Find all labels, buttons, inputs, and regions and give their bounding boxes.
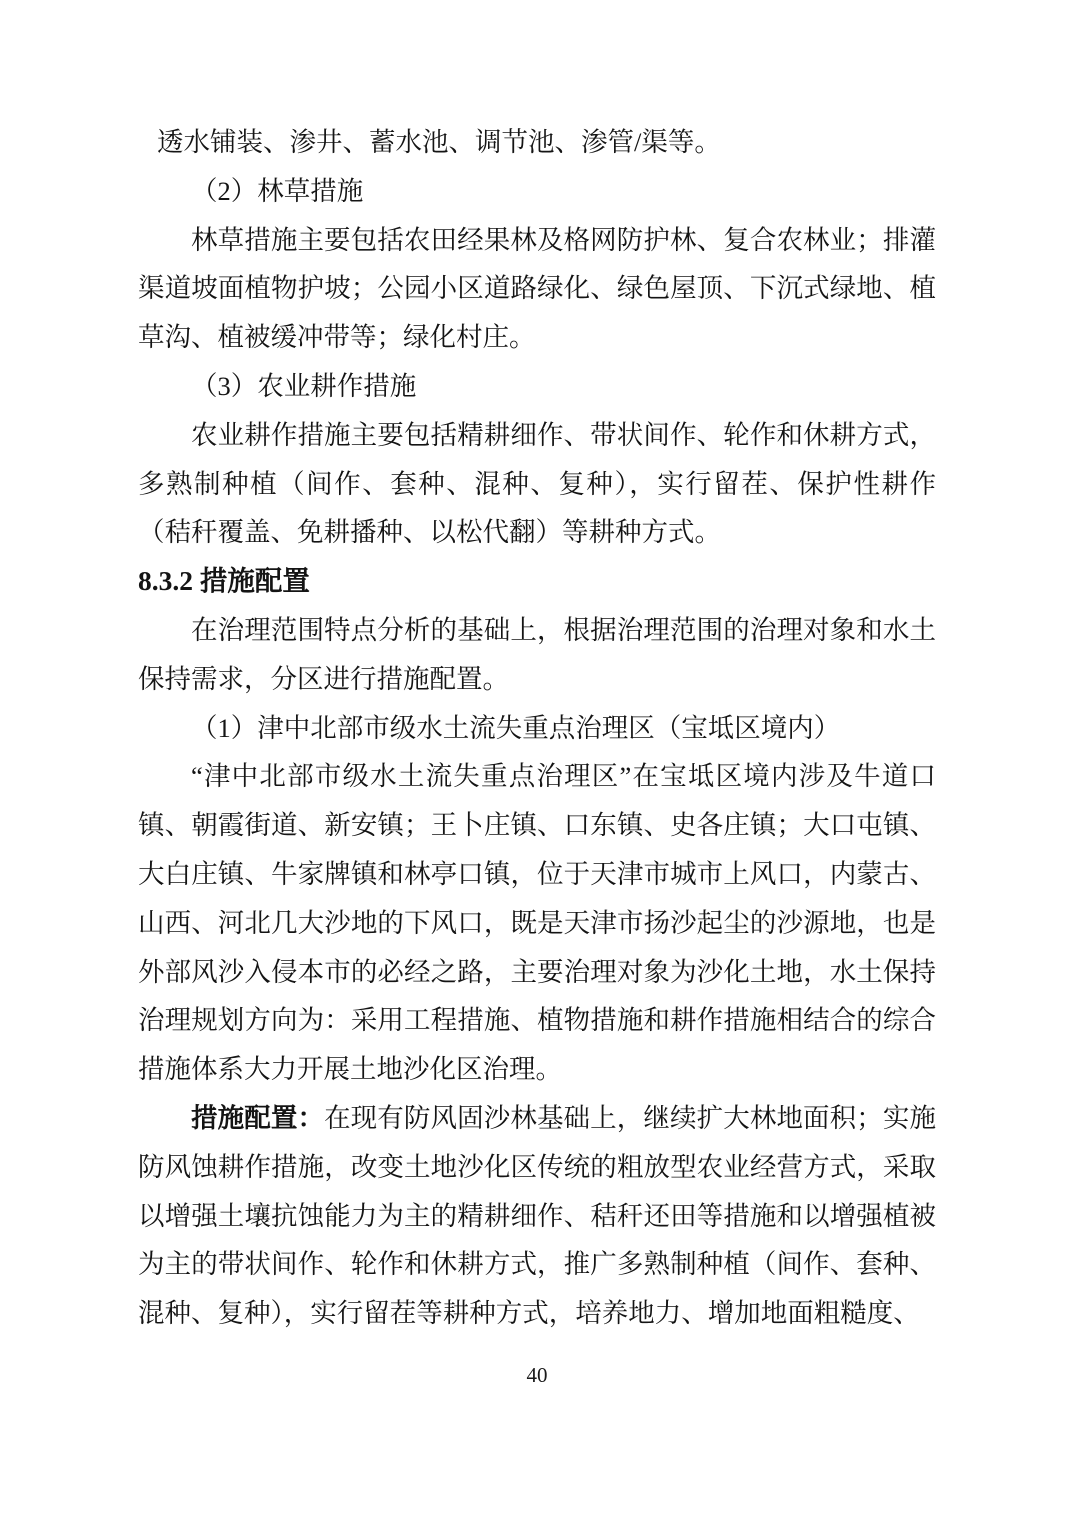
text-run: 透水铺装、渗井、蓄水池、调节池、渗管/渠等。 [157,127,721,157]
paragraph: （3）农业耕作措施 [138,362,936,411]
paragraph: 在治理范围特点分析的基础上，根据治理范围的治理对象和水土保持需求，分区进行措施配… [138,606,936,704]
paragraph: 农业耕作措施主要包括精耕细作、带状间作、轮作和休耕方式，多熟制种植（间作、套种、… [138,411,936,557]
text-run: （2）林草措施 [191,176,363,206]
document-body: 透水铺装、渗井、蓄水池、调节池、渗管/渠等。（2）林草措施林草措施主要包括农田经… [138,118,936,1338]
bold-text-run: 8.3.2 措施配置 [138,565,310,596]
text-run: “津中北部市级水土流失重点治理区”在宝坻区境内涉及牛道口镇、朝霞街道、新安镇；王… [138,761,936,1084]
paragraph: 透水铺装、渗井、蓄水池、调节池、渗管/渠等。 [138,118,936,167]
paragraph: （1）津中北部市级水土流失重点治理区（宝坻区境内） [138,704,936,753]
page-footer: 40 [0,1363,1074,1388]
document-page: 透水铺装、渗井、蓄水池、调节池、渗管/渠等。（2）林草措施林草措施主要包括农田经… [0,0,1074,1520]
page-number: 40 [527,1363,548,1387]
text-run: 农业耕作措施主要包括精耕细作、带状间作、轮作和休耕方式，多熟制种植（间作、套种、… [138,420,936,548]
paragraph: 措施配置：在现有防风固沙林基础上，继续扩大林地面积；实施防风蚀耕作措施，改变土地… [138,1094,936,1338]
text-run: 林草措施主要包括农田经果林及格网防护林、复合农林业；排灌渠道坡面植物护坡；公园小… [138,225,936,353]
text-run: （1）津中北部市级水土流失重点治理区（宝坻区境内） [191,713,840,743]
text-run: 在治理范围特点分析的基础上，根据治理范围的治理对象和水土保持需求，分区进行措施配… [138,615,936,694]
bold-text-run: 措施配置： [191,1103,324,1133]
paragraph: “津中北部市级水土流失重点治理区”在宝坻区境内涉及牛道口镇、朝霞街道、新安镇；王… [138,752,936,1094]
text-run: （3）农业耕作措施 [191,371,416,401]
paragraph: （2）林草措施 [138,167,936,216]
paragraph: 林草措施主要包括农田经果林及格网防护林、复合农林业；排灌渠道坡面植物护坡；公园小… [138,216,936,362]
section-heading: 8.3.2 措施配置 [138,557,936,606]
text-run: 在现有防风固沙林基础上，继续扩大林地面积；实施防风蚀耕作措施，改变土地沙化区传统… [138,1103,936,1328]
